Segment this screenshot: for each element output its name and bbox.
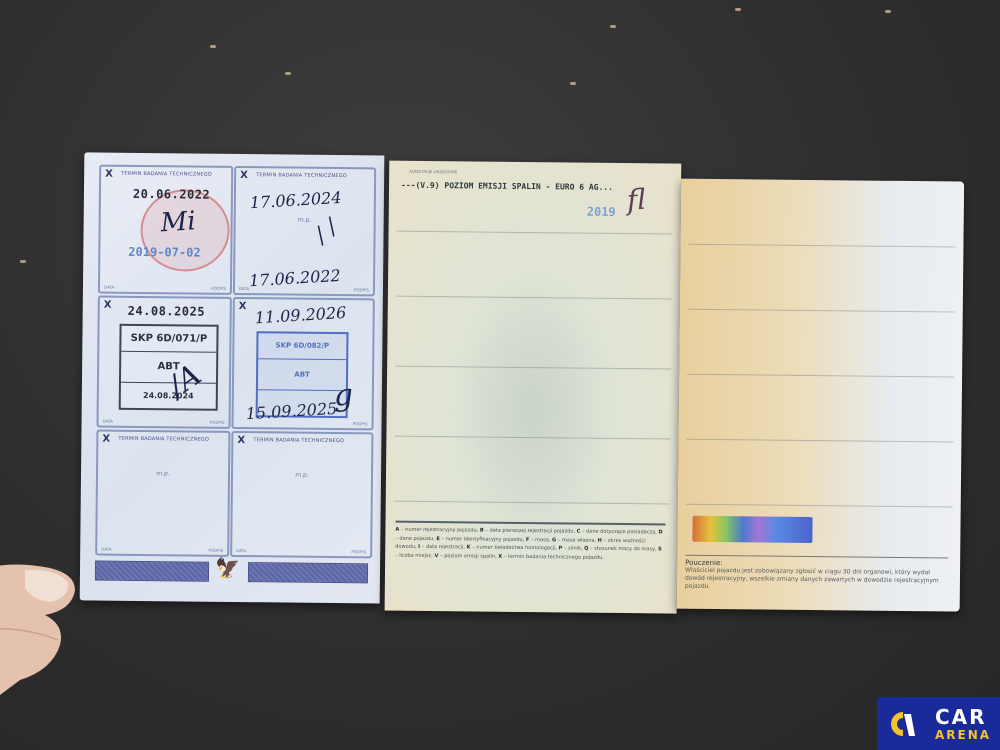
notice-block: Pouczenie: Właściciel pojazdu jest zobow… xyxy=(685,555,948,594)
inspection-box-5: X TERMIN BADANIA TECHNICZNEGO m.p. DATA … xyxy=(95,430,230,557)
table-speck xyxy=(20,260,26,263)
legend-entry: E – numer identyfikacyjny pojazdu, xyxy=(436,536,526,543)
x-marker: X xyxy=(237,435,245,446)
x-marker: X xyxy=(104,300,112,311)
seal-label: m.p. xyxy=(98,470,228,478)
hologram-strip xyxy=(692,516,812,543)
registration-document: X TERMIN BADANIA TECHNICZNEGO 20.06.2022… xyxy=(80,147,970,616)
ruled-line xyxy=(688,309,955,313)
inspection-box-6: X TERMIN BADANIA TECHNICZNEGO m.p. DATA … xyxy=(230,431,373,558)
table-speck xyxy=(610,25,616,28)
box-footer-signature: PODPIS xyxy=(353,421,368,426)
brand-subname: ARENA xyxy=(935,728,991,742)
station-code: SKP 6D/082/P xyxy=(258,333,346,360)
box-header: TERMIN BADANIA TECHNICZNEGO xyxy=(118,436,209,443)
notice-page: Pouczenie: Właściciel pojazdu jest zobow… xyxy=(677,179,964,612)
x-marker: X xyxy=(102,434,110,445)
ruled-line xyxy=(394,501,670,505)
x-marker: X xyxy=(105,169,113,180)
stamp-date: 24.08.2025 xyxy=(128,304,205,319)
box-footer-signature: PODPIS xyxy=(208,548,223,553)
legend-entry: B – data pierwszej rejestracji pojazdu, xyxy=(480,528,577,535)
car-arena-logo-icon xyxy=(891,710,915,738)
ruled-line xyxy=(396,296,672,300)
handwritten-date: 11.09.2026 xyxy=(254,303,347,327)
signed-date: 17.06.2022 xyxy=(249,266,342,290)
legend-entry: C – dane dotyczące posiadacza, xyxy=(577,529,659,536)
inspection-page: X TERMIN BADANIA TECHNICZNEGO 20.06.2022… xyxy=(80,152,385,603)
box-footer-signature: PODPIS xyxy=(210,420,225,425)
table-speck xyxy=(285,72,291,75)
table-speck xyxy=(885,10,891,13)
handwritten-date: 17.06.2024 xyxy=(249,188,342,212)
inspection-box-3: X 24.08.2025 SKP 6D/071/P ABT 24.08.2024… xyxy=(96,296,231,429)
table-speck xyxy=(735,8,741,11)
box-header: TERMIN BADANIA TECHNICZNEGO xyxy=(253,437,344,444)
security-band-right xyxy=(248,562,368,583)
legend-entry: G – masa własna, xyxy=(552,537,598,543)
inspection-box-4: X 11.09.2026 SKP 6D/082/P ABT 15.09.2025… xyxy=(231,297,374,430)
blue-stamp-date: 2019-07-02 xyxy=(128,245,200,260)
box-footer-date: DATA xyxy=(239,286,249,291)
inspection-box-2: X TERMIN BADANIA TECHNICZNEGO 17.06.2024… xyxy=(233,166,376,296)
signature: fl xyxy=(626,183,647,217)
legend-entry: I – data rejestracji, xyxy=(418,544,466,551)
page-header: ADNOTACJE URZĘDOWE xyxy=(409,169,457,175)
box-footer-date: DATA xyxy=(103,419,113,424)
hand-thumb xyxy=(0,560,95,710)
ruled-line xyxy=(397,231,673,235)
box-footer-date: DATA xyxy=(101,547,111,552)
car-arena-watermark: CAR ARENA xyxy=(877,697,1000,750)
x-marker: X xyxy=(240,170,248,181)
box-header: TERMIN BADANIA TECHNICZNEGO xyxy=(121,171,212,178)
legend-entry: X – termin badania technicznego pojazdu. xyxy=(498,553,604,560)
table-speck xyxy=(210,45,216,48)
box-footer-signature: PODPIS xyxy=(211,286,226,291)
box-footer-date: DATA xyxy=(104,285,114,290)
ruled-line xyxy=(687,374,954,378)
ruled-line xyxy=(686,504,953,508)
year-stamp: 2019 xyxy=(587,205,616,219)
field-legend: A – numer rejestracyjny pojazdu, B – dat… xyxy=(395,521,665,563)
annotations-page: ADNOTACJE URZĘDOWE ---(V.9) POZIOM EMISJ… xyxy=(385,161,682,614)
seal-label: m.p. xyxy=(233,471,371,479)
signature: g xyxy=(333,378,354,414)
security-band-left xyxy=(95,561,209,582)
notice-text: Właściciel pojazdu jest zobowiązany zgło… xyxy=(685,567,948,594)
eagle-emblem-icon: 🦅 xyxy=(215,556,240,580)
ruled-line xyxy=(686,439,953,443)
inspection-box-1: X TERMIN BADANIA TECHNICZNEGO 20.06.2022… xyxy=(98,165,233,295)
brand-name: CAR xyxy=(935,705,987,729)
signed-date: 15.09.2025 xyxy=(245,399,338,423)
stamp-date: 20.06.2022 xyxy=(133,187,210,202)
legend-entry: P – silnik, xyxy=(559,545,585,551)
box-header: TERMIN BADANIA TECHNICZNEGO xyxy=(256,172,347,179)
legend-entry: V – poziom emisji spalin, xyxy=(434,553,498,560)
signature: Mi xyxy=(160,206,197,238)
box-footer-date: DATA xyxy=(236,548,246,553)
x-marker: X xyxy=(239,301,247,312)
box-footer-signature: PODPIS xyxy=(351,549,366,554)
station-stamp: SKP 6D/071/P ABT 24.08.2024 xyxy=(119,324,219,411)
seal-label: m.p. xyxy=(236,216,374,224)
box-footer-signature: PODPIS xyxy=(354,287,369,292)
ruled-line xyxy=(688,244,955,248)
legend-entry: K – numer świadectwa homologacji, xyxy=(467,544,559,551)
ruled-line xyxy=(395,366,671,370)
table-speck xyxy=(570,82,576,85)
legend-entry: F – masa, xyxy=(526,537,552,543)
legend-entry: Q – stosunek mocy do masy, xyxy=(584,546,658,553)
ruled-line xyxy=(394,436,670,440)
legend-entry: A – numer rejestracyjny pojazdu, xyxy=(395,527,480,534)
station-code: SKP 6D/071/P xyxy=(121,326,216,353)
emission-annotation: ---(V.9) POZIOM EMISJI SPALIN - EURO 6 A… xyxy=(401,181,613,192)
